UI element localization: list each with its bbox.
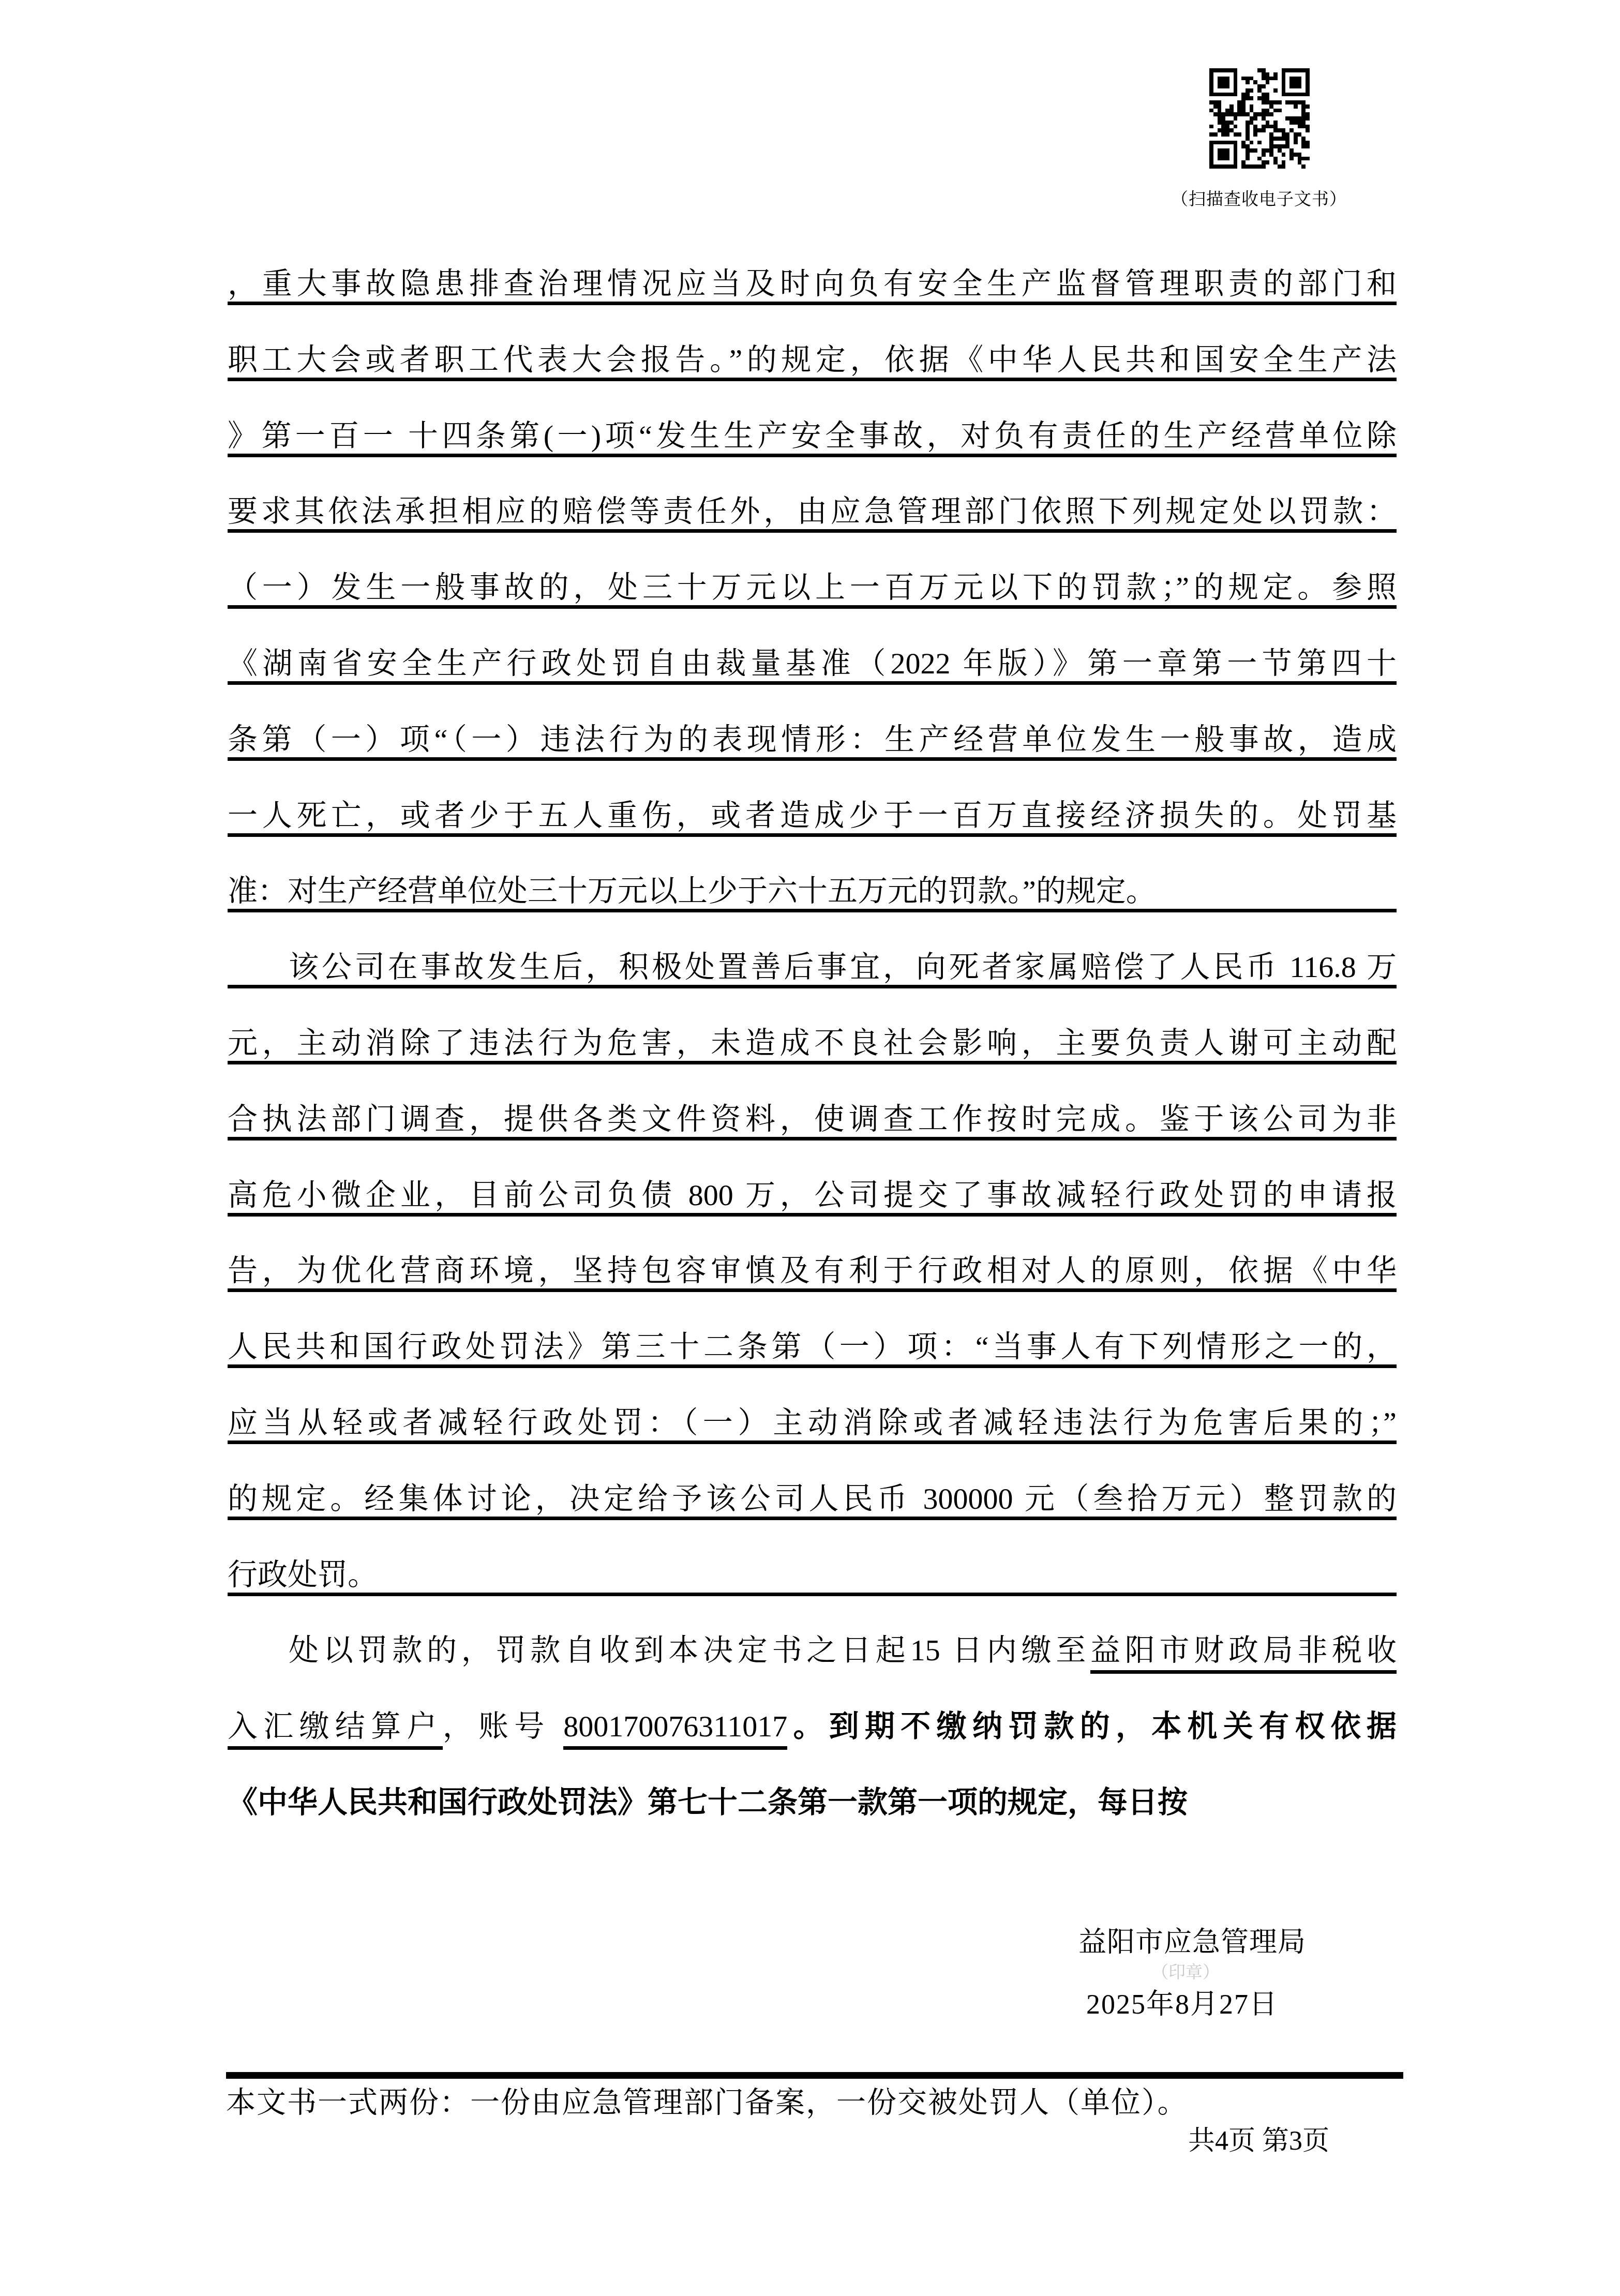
footer-divider <box>226 2072 1403 2079</box>
account-label: ，账号 <box>443 1709 564 1743</box>
overdue-warning-text: 。到期不缴纳罚款的，本机关有权依据 <box>787 1709 1397 1743</box>
payment-deadline-text: 处以罚款的，罚款自收到本决定书之日起15 日内缴至 <box>289 1633 1090 1667</box>
page-indicator: 共4页 第3页 <box>1133 2125 1329 2158</box>
qr-code <box>1209 68 1310 169</box>
body-line: 要求其依法承担相应的赔偿等责任外，由应急管理部门依照下列规定处以罚款： <box>228 490 1397 542</box>
body-line: 应当从轻或者减轻行政处罚：（一）主动消除或者减轻违法行为危害后果的；” <box>228 1402 1397 1453</box>
body-line: 准：对生产经营单位处三十万元以上少于六十五万元的罚款。”的规定。 <box>228 870 1397 922</box>
treasury-account-name: 益阳市财政局非税收 <box>1090 1633 1397 1674</box>
body-line: 《湖南省安全生产行政处罚自由裁量基准（2022 年版）》第一章第一节第四十 <box>228 642 1397 694</box>
body-line: 人民共和国行政处罚法》第三十二条第（一）项：“当事人有下列情形之一的， <box>228 1326 1397 1377</box>
account-number: 800170076311017 <box>563 1709 787 1750</box>
body-line: 处以罚款的，罚款自收到本决定书之日起15 日内缴至益阳市财政局非税收 <box>228 1629 1397 1681</box>
body-line: 合执法部门调查，提供各类文件资料，使调查工作按时完成。鉴于该公司为非 <box>228 1098 1397 1150</box>
body-line: 入汇缴结算户，账号 800170076311017。到期不缴纳罚款的，本机关有权… <box>228 1705 1397 1757</box>
body-line: 《中华人民共和国行政处罚法》第七十二条第一款第一项的规定，每日按 <box>228 1781 1397 1833</box>
qr-caption: （扫描查收电子文书） <box>1166 189 1352 210</box>
body-line: 行政处罚。 <box>228 1554 1397 1605</box>
agency-signature: 益阳市应急管理局 <box>1078 1925 1316 1959</box>
body-line: 的规定。经集体讨论，决定给予该公司人民币 300000 元（叁拾万元）整罚款的 <box>228 1478 1397 1529</box>
document-page: （扫描查收电子文书） ，重大事故隐患排查治理情况应当及时向负有安全生产监督管理职… <box>0 0 1620 2296</box>
body-line: 高危小微企业，目前公司负债 800 万，公司提交了事故减轻行政处罚的申请报 <box>228 1174 1397 1226</box>
body-line: 》第一百一 十四条第(一)项“发生生产安全事故，对负有责任的生产经营单位除 <box>228 415 1397 467</box>
stamp-watermark: （印章） <box>1151 1962 1255 1983</box>
body-line: ，重大事故隐患排查治理情况应当及时向负有安全生产监督管理职责的部门和 <box>228 263 1397 314</box>
footer-note: 本文书一式两份：一份由应急管理部门备案，一份交被处罚人（单位）。 <box>226 2084 1395 2122</box>
body-line: 元，主动消除了违法行为危害，未造成不良社会影响，主要负责人谢可主动配 <box>228 1022 1397 1074</box>
body-line: 职工大会或者职工代表大会报告。”的规定，依据《中华人民共和国安全生产法 <box>228 339 1397 391</box>
treasury-account-name: 入汇缴结算户 <box>228 1709 443 1750</box>
body-line: 该公司在事故发生后，积极处置善后事宜，向死者家属赔偿了人民币 116.8 万 <box>228 946 1397 998</box>
issue-date: 2025年8月27日 <box>1086 1987 1324 2021</box>
body-line: （一）发生一般事故的，处三十万元以上一百万元以下的罚款；”的规定。参照 <box>228 566 1397 618</box>
body-line: 条第（一）项“（一）违法行为的表现情形：生产经营单位发生一般事故，造成 <box>228 718 1397 770</box>
body-line: 告，为优化营商环境，坚持包容审慎及有利于行政相对人的原则，依据《中华 <box>228 1250 1397 1301</box>
body-line: 一人死亡，或者少于五人重伤，或者造成少于一百万直接经济损失的。处罚基 <box>228 794 1397 846</box>
